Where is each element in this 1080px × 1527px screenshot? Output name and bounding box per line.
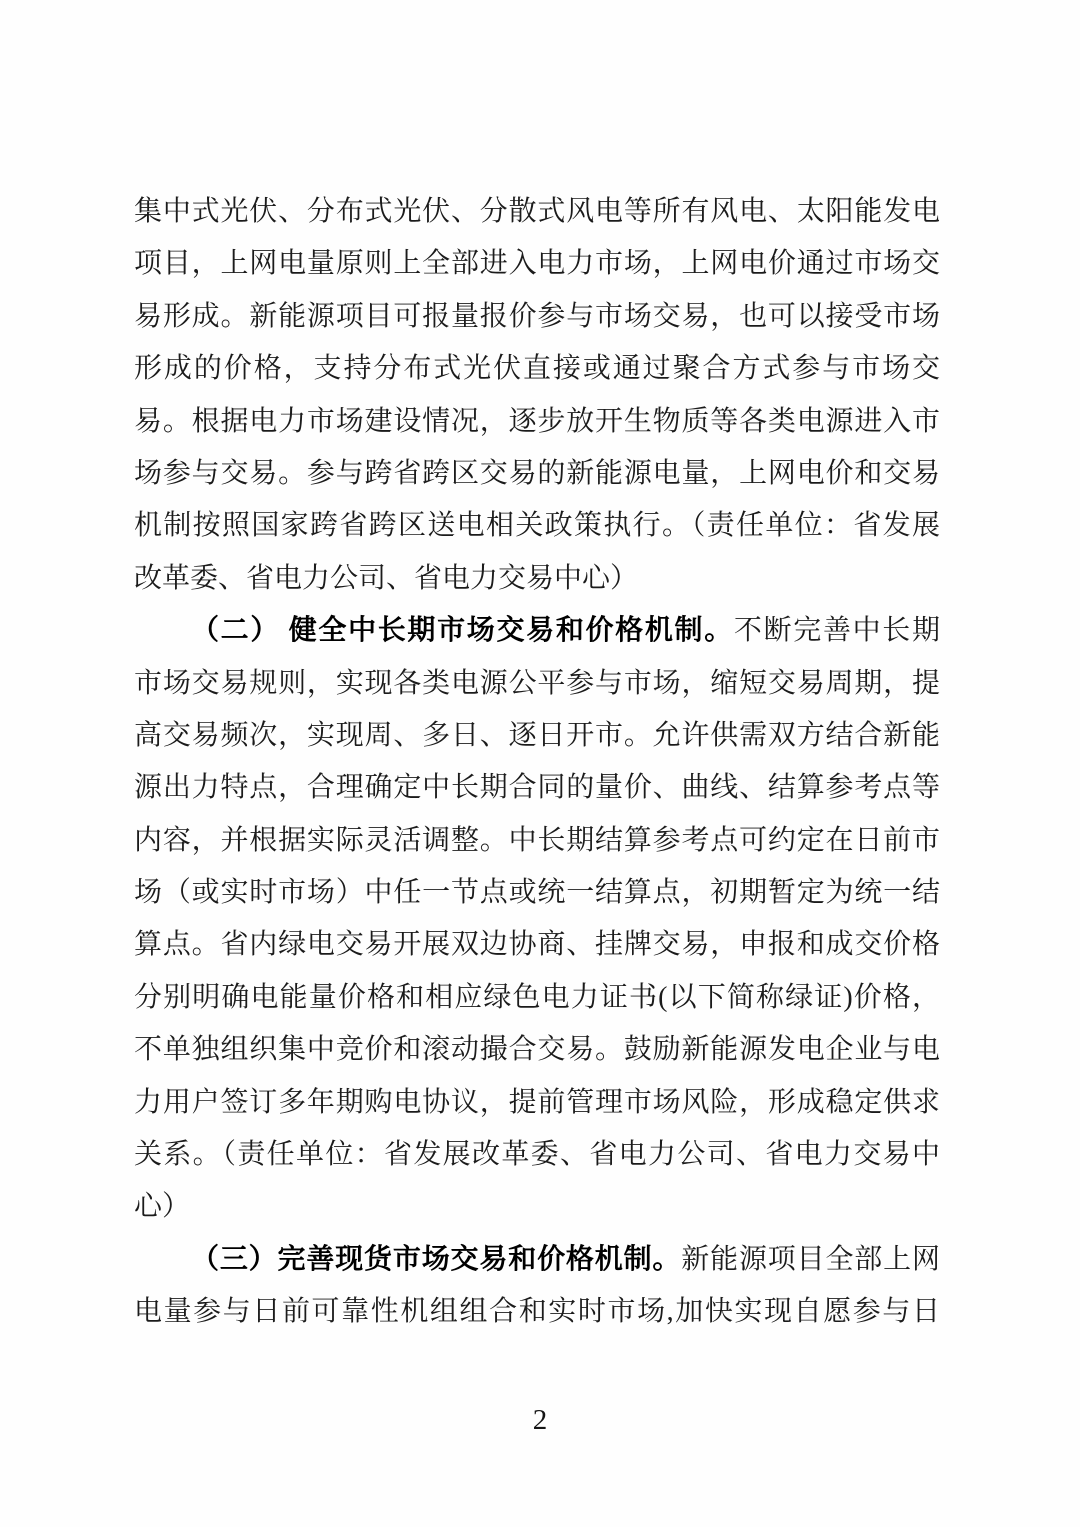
text-line: 项目，上网电量原则上全部进入电力市场，上网电价通过市场交 (134, 238, 940, 290)
text-line: 分别明确电能量价格和相应绿色电力证书(以下简称绿证)价格， (134, 972, 940, 1024)
text-line: 电量参与日前可靠性机组组合和实时市场,加快实现自愿参与日 (134, 1286, 940, 1338)
section-title: （三）完善现货市场交易和价格机制。 (191, 1244, 681, 1275)
text-line: 易。根据电力市场建设情况，逐步放开生物质等各类电源进入市 (134, 396, 940, 448)
section-heading-line: （三）完善现货市场交易和价格机制。新能源项目全部上网 (134, 1234, 940, 1286)
text-line: 机制按照国家跨省跨区送电相关政策执行。（责任单位：省发展 (134, 500, 940, 552)
text-line: 源出力特点，合理确定中长期合同的量价、曲线、结算参考点等 (134, 762, 940, 814)
text-line: 场（或实时市场）中任一节点或统一结算点，初期暂定为统一结 (134, 867, 940, 919)
page-number: 2 (0, 1404, 1080, 1437)
text-line: 高交易频次，实现周、多日、逐日开市。允许供需双方结合新能 (134, 710, 940, 762)
section-title: （二） 健全中长期市场交易和价格机制。 (191, 615, 734, 646)
text-line: 集中式光伏、分布式光伏、分散式风电等所有风电、太阳能发电 (134, 186, 940, 238)
document-body: 集中式光伏、分布式光伏、分散式风电等所有风电、太阳能发电 项目，上网电量原则上全… (134, 186, 940, 1339)
text-line: 关系。（责任单位：省发展改革委、省电力公司、省电力交易中 (134, 1129, 940, 1181)
text-line: 心） (134, 1181, 940, 1233)
document-page: 集中式光伏、分布式光伏、分散式风电等所有风电、太阳能发电 项目，上网电量原则上全… (0, 0, 1080, 1527)
text-line: 不单独组织集中竞价和滚动撮合交易。鼓励新能源发电企业与电 (134, 1024, 940, 1076)
text-line: 市场交易规则，实现各类电源公平参与市场，缩短交易周期，提 (134, 658, 940, 710)
text-line: 易形成。新能源项目可报量报价参与市场交易，也可以接受市场 (134, 291, 940, 343)
text-line: 形成的价格，支持分布式光伏直接或通过聚合方式参与市场交 (134, 343, 940, 395)
section-heading-line: （二） 健全中长期市场交易和价格机制。不断完善中长期 (134, 605, 940, 657)
text-line: 改革委、省电力公司、省电力交易中心） (134, 553, 940, 605)
text-line: 内容，并根据实际灵活调整。中长期结算参考点可约定在日前市 (134, 815, 940, 867)
text-line: 力用户签订多年期购电协议，提前管理市场风险，形成稳定供求 (134, 1077, 940, 1129)
text-line: 场参与交易。参与跨省跨区交易的新能源电量，上网电价和交易 (134, 448, 940, 500)
text-line: 算点。省内绿电交易开展双边协商、挂牌交易，申报和成交价格 (134, 919, 940, 971)
